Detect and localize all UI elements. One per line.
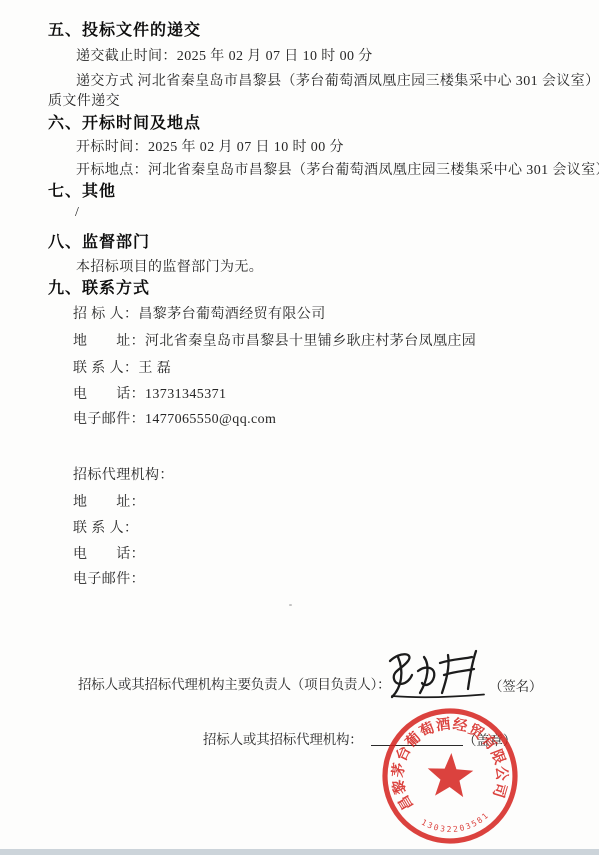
- email-label: 电子邮件：: [73, 412, 145, 427]
- section-8-heading: 八、监督部门: [48, 234, 150, 252]
- section-7-content: /: [75, 205, 79, 221]
- star-icon: [426, 752, 474, 798]
- submission-method-line-1: 递交方式 河北省秦皇岛市昌黎县（茅台葡萄酒凤凰庄园三楼集采中心 301 会议室）…: [76, 74, 599, 90]
- agency-title-line: 招标代理机构：: [73, 468, 174, 484]
- tenderer-address-line: 地 址：河北省秦皇岛市昌黎县十里铺乡耿庄村茅台凤凰庄园: [73, 334, 476, 350]
- company-seal: 昌黎茅台葡萄酒经贸有限公司 13032203581: [376, 706, 524, 848]
- section-6-heading: 六、开标时间及地点: [48, 115, 201, 133]
- section-7-heading: 七、其他: [48, 183, 116, 201]
- submission-deadline-line: 递交截止时间：2025 年 02 月 07 日 10 时 00 分: [76, 49, 373, 65]
- address-value: 河北省秦皇岛市昌黎县十里铺乡耿庄村茅台凤凰庄园: [145, 334, 476, 349]
- submission-method-line-2: 质文件递交: [48, 94, 120, 110]
- email-value: 1477065550@qq.com: [145, 412, 276, 427]
- section-9-heading: 九、联系方式: [48, 280, 150, 298]
- agency-phone-line: 电 话：: [73, 547, 145, 563]
- tenderer-value: 昌黎茅台葡萄酒经贸有限公司: [138, 307, 325, 322]
- signature-name-text: 范永峰: [0, 0, 1, 1]
- sign-suffix: （签名）: [489, 679, 542, 695]
- tenderer-line: 招 标 人：昌黎茅台葡萄酒经贸有限公司: [73, 307, 326, 323]
- bid-opening-time: 开标时间：2025 年 02 月 07 日 10 时 00 分: [76, 140, 344, 156]
- phone-line: 电 话：13731345371: [73, 387, 226, 403]
- scan-edge-strip: [0, 849, 599, 855]
- contact-label: 联 系 人：: [73, 361, 138, 376]
- supervision-dept-line: 本招标项目的监督部门为无。: [76, 260, 263, 276]
- phone-label: 电 话：: [73, 387, 145, 402]
- contact-value: 王 磊: [138, 361, 171, 376]
- agency-email-line: 电子邮件：: [73, 572, 145, 588]
- agency-contact-line: 联 系 人：: [73, 521, 138, 537]
- handwritten-signature: [384, 647, 488, 705]
- signature-underline-stroke: [392, 695, 484, 698]
- address-label: 地 址：: [73, 334, 145, 349]
- email-line: 电子邮件：1477065550@qq.com: [73, 412, 276, 428]
- bid-opening-place: 开标地点：河北省秦皇岛市昌黎县（茅台葡萄酒凤凰庄园三楼集采中心 301 会议室）: [76, 163, 599, 179]
- principal-label: 招标人或其招标代理机构主要负责人（项目负责人）：: [78, 677, 390, 693]
- org-label: 招标人或其招标代理机构：: [203, 732, 363, 748]
- section-5-heading: 五、投标文件的递交: [48, 22, 201, 40]
- signature-stroke: [418, 657, 434, 693]
- tenderer-label: 招 标 人：: [73, 307, 138, 322]
- agency-address-line: 地 址：: [73, 495, 145, 511]
- phone-value: 13731345371: [145, 387, 226, 402]
- contact-person-line: 联 系 人：王 磊: [73, 361, 171, 377]
- document-page: 五、投标文件的递交 递交截止时间：2025 年 02 月 07 日 10 时 0…: [0, 0, 599, 855]
- scan-speck: [289, 604, 292, 606]
- signature-stroke: [440, 651, 476, 693]
